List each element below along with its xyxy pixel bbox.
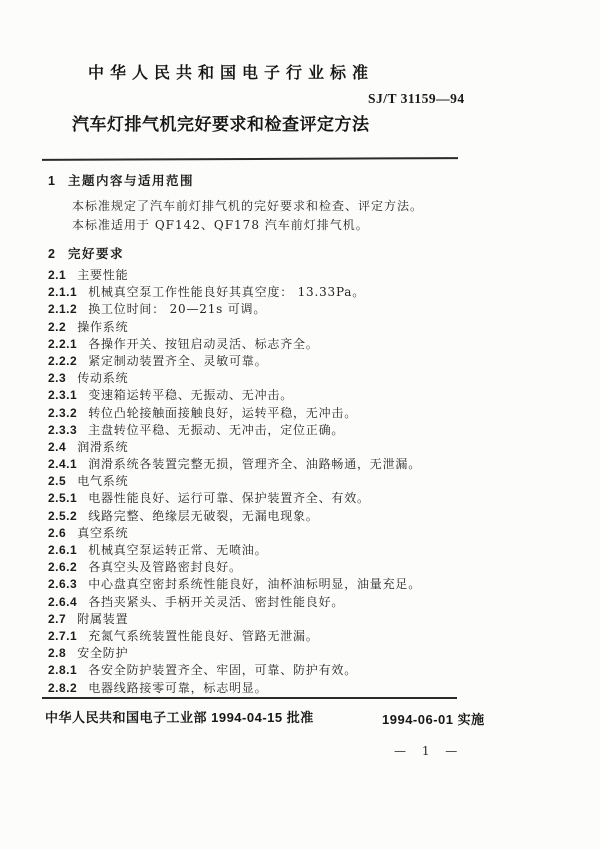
requirement-number: 2.1.2 (48, 302, 77, 316)
requirement-text: 各真空头及管路密封良好。 (88, 558, 242, 575)
requirement-number: 2.4 (48, 440, 66, 454)
requirement-number: 2.5 (48, 474, 66, 488)
requirement-text: 润滑系统各装置完整无损，管理齐全、油路畅通，无泄漏。 (88, 455, 421, 472)
requirement-item: 2.5.1电器性能良好、运行可靠、保护装置齐全、有效。 (48, 489, 421, 506)
requirement-number: 2.5.1 (48, 491, 77, 505)
requirement-number: 2.2 (48, 320, 66, 334)
requirement-text: 变速箱运转平稳、无振动、无冲击。 (88, 386, 293, 403)
section2-title: 完好要求 (68, 247, 124, 261)
requirement-item: 2.6.4各挡夹紧头、手柄开关灵活、密封性能良好。 (48, 593, 421, 610)
requirement-number: 2.2.2 (48, 354, 77, 368)
requirement-text: 真空系统 (77, 524, 128, 541)
requirement-item: 2.2.1各操作开关、按钮启动灵活、标志齐全。 (48, 335, 421, 352)
requirement-item: 2.3.2转位凸轮接触面接触良好，运转平稳，无冲击。 (48, 404, 421, 421)
paragraph: 本标准规定了汽车前灯排气机的完好要求和检查、评定方法。 (72, 197, 423, 216)
requirement-number: 2.3.3 (48, 423, 77, 437)
standard-number: SJ/T 31159—94 (368, 91, 465, 107)
requirement-text: 操作系统 (77, 318, 128, 335)
requirement-number: 2.5.2 (48, 509, 77, 523)
requirement-text: 各安全防护装置齐全、牢固，可靠、防护有效。 (88, 661, 357, 678)
requirement-item: 2.8安全防护 (48, 644, 421, 661)
requirement-number: 2.1.1 (48, 285, 77, 299)
requirement-item: 2.3.1变速箱运转平稳、无振动、无冲击。 (48, 386, 421, 403)
requirement-number: 2.6 (48, 526, 66, 540)
paragraph: 本标准适用于 QF142、QF178 汽车前灯排气机。 (72, 216, 423, 235)
requirement-number: 2.6.2 (48, 560, 77, 574)
requirement-text: 转位凸轮接触面接触良好，运转平稳，无冲击。 (88, 404, 357, 421)
section1-body: 本标准规定了汽车前灯排气机的完好要求和检查、评定方法。 本标准适用于 QF142… (72, 197, 423, 235)
footer-divider (42, 697, 457, 699)
requirement-number: 2.8.2 (48, 681, 77, 695)
requirement-number: 2.8 (48, 646, 66, 660)
requirement-item: 2.5.2线路完整、绝缘层无破裂，无漏电现象。 (48, 507, 421, 524)
requirement-number: 2.6.1 (48, 543, 77, 557)
section1-title: 主题内容与适用范围 (68, 174, 194, 188)
section1-number: 1 (48, 174, 56, 188)
requirement-number: 2.2.1 (48, 337, 77, 351)
requirement-item: 2.4润滑系统 (48, 438, 421, 455)
requirement-text: 换工位时间： 20—21s 可调。 (88, 300, 266, 317)
requirement-number: 2.7 (48, 612, 66, 626)
requirement-item: 2.2操作系统 (48, 318, 421, 335)
section2-heading: 2完好要求 (48, 244, 124, 262)
requirement-number: 2.3.1 (48, 388, 77, 402)
section2-number: 2 (48, 247, 56, 261)
requirement-item: 2.2.2紧定制动装置齐全、灵敏可靠。 (48, 352, 421, 369)
requirement-text: 主盘转位平稳、无振动、无冲击，定位正确。 (88, 421, 344, 438)
requirement-text: 安全防护 (77, 644, 128, 661)
requirement-text: 电器线路接零可靠，标志明显。 (88, 679, 267, 696)
requirement-text: 紧定制动装置齐全、灵敏可靠。 (88, 352, 267, 369)
requirement-number: 2.3.2 (48, 406, 77, 420)
requirement-text: 线路完整、绝缘层无破裂，无漏电现象。 (88, 507, 318, 524)
requirement-number: 2.6.3 (48, 577, 77, 591)
implementation-line: 1994-06-01 实施 (382, 709, 485, 728)
requirements-list: 2.1主要性能2.1.1机械真空泵工作性能良好其真空度： 13.33Pa。2.1… (48, 266, 421, 696)
requirement-item: 2.6.2各真空头及管路密封良好。 (48, 558, 421, 575)
requirement-text: 机械真空泵工作性能良好其真空度： 13.33Pa。 (88, 283, 365, 300)
requirement-item: 2.8.1各安全防护装置齐全、牢固，可靠、防护有效。 (48, 661, 421, 678)
page-number: — 1 — (394, 744, 459, 758)
standard-org-line: 中华人民共和国电子行业标准 (88, 60, 374, 83)
requirement-text: 润滑系统 (77, 438, 128, 455)
requirement-item: 2.1主要性能 (48, 266, 421, 283)
requirement-text: 附属装置 (77, 610, 128, 627)
requirement-number: 2.4.1 (48, 457, 77, 471)
header-divider (42, 157, 458, 161)
requirement-item: 2.3.3主盘转位平稳、无振动、无冲击，定位正确。 (48, 421, 421, 438)
requirement-number: 2.3 (48, 371, 66, 385)
document-title: 汽车灯排气机完好要求和检查评定方法 (72, 110, 370, 135)
requirement-text: 机械真空泵运转正常、无喷油。 (88, 541, 267, 558)
requirement-text: 主要性能 (77, 266, 128, 283)
requirement-number: 2.8.1 (48, 663, 77, 677)
requirement-number: 2.1 (48, 268, 66, 282)
requirement-text: 充氮气系统装置性能良好、管路无泄漏。 (88, 627, 318, 644)
requirement-number: 2.7.1 (48, 629, 77, 643)
requirement-item: 2.6真空系统 (48, 524, 421, 541)
requirement-item: 2.5电气系统 (48, 472, 421, 489)
requirement-text: 电气系统 (77, 472, 128, 489)
requirement-item: 2.1.2换工位时间： 20—21s 可调。 (48, 300, 421, 317)
requirement-number: 2.6.4 (48, 595, 77, 609)
requirement-item: 2.1.1机械真空泵工作性能良好其真空度： 13.33Pa。 (48, 283, 421, 300)
requirement-text: 传动系统 (77, 369, 128, 386)
requirement-item: 2.6.1机械真空泵运转正常、无喷油。 (48, 541, 421, 558)
requirement-item: 2.4.1润滑系统各装置完整无损，管理齐全、油路畅通，无泄漏。 (48, 455, 421, 472)
requirement-item: 2.3传动系统 (48, 369, 421, 386)
section1-heading: 1主题内容与适用范围 (48, 171, 194, 189)
requirement-item: 2.6.3中心盘真空密封系统性能良好，油杯油标明显，油量充足。 (48, 575, 421, 592)
requirement-item: 2.8.2电器线路接零可靠，标志明显。 (48, 679, 421, 696)
approval-line: 中华人民共和国电子工业部 1994-04-15 批准 (45, 707, 314, 726)
requirement-text: 电器性能良好、运行可靠、保护装置齐全、有效。 (88, 489, 370, 506)
requirement-item: 2.7附属装置 (48, 610, 421, 627)
requirement-item: 2.7.1充氮气系统装置性能良好、管路无泄漏。 (48, 627, 421, 644)
standard-document-page: 中华人民共和国电子行业标准 SJ/T 31159—94 汽车灯排气机完好要求和检… (0, 0, 600, 849)
requirement-text: 各操作开关、按钮启动灵活、标志齐全。 (88, 335, 318, 352)
requirement-text: 中心盘真空密封系统性能良好，油杯油标明显，油量充足。 (88, 575, 421, 592)
requirement-text: 各挡夹紧头、手柄开关灵活、密封性能良好。 (88, 593, 344, 610)
